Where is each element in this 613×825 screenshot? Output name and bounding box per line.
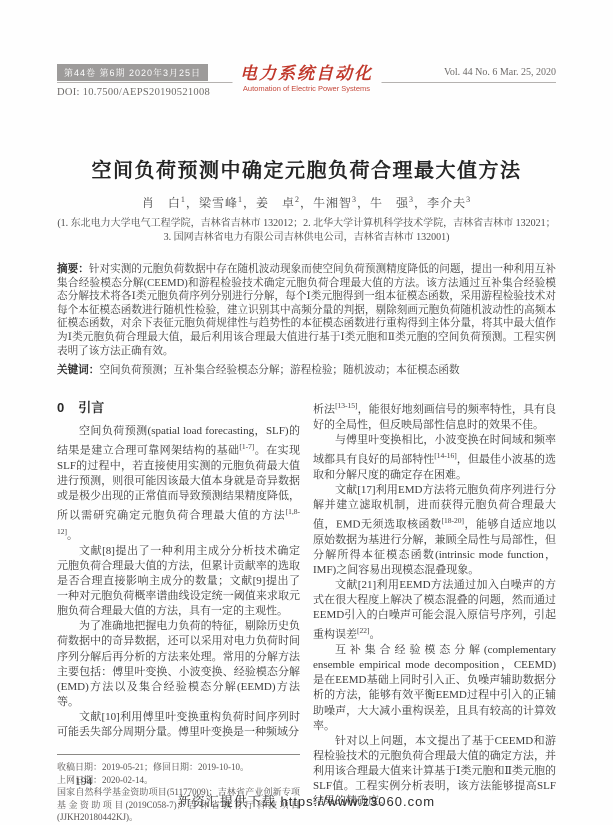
paragraph: 文献[21]利用EEMD方法通过加入白噪声的方式在很大程度上解决了模态混叠的问题… <box>313 578 556 643</box>
volume-info: Vol. 44 No. 6 Mar. 25, 2020 <box>444 67 556 78</box>
right-column-text: 析法[13-15]，能很好地刻画信号的频率特性，具有良好的全局性，但反映局部性信… <box>313 398 556 809</box>
paragraph: 析法[13-15]，能很好地刻画信号的频率特性，具有良好的全局性，但反映局部性信… <box>313 398 556 433</box>
author: 牛 强3， <box>370 196 427 210</box>
text-line: 上网日期：2020-02-14。 <box>57 774 300 787</box>
paragraph: 文献[10]利用傅里叶变换重构负荷时间序列时可能丢失部分周期分量。傅里叶变换是一… <box>57 710 300 740</box>
footnote: 收稿日期：2019-05-21；修回日期：2019-10-10。上网日期：202… <box>57 754 300 824</box>
left-column: 0引言 空间负荷预测(spatial load forecasting，SLF)… <box>57 398 300 823</box>
body-columns: 0引言 空间负荷预测(spatial load forecasting，SLF)… <box>57 398 556 823</box>
paragraph: 为了准确地把握电力负荷的特征，剔除历史负荷数据中的奇异数据，还可以采用对电力负荷… <box>57 619 300 710</box>
paragraph: 互补集合经验模态分解(complementary ensemble empiri… <box>313 643 556 734</box>
paper-title: 空间负荷预测中确定元胞负荷合理最大值方法 <box>57 154 556 183</box>
affiliations: (1. 东北电力大学电气工程学院，吉林省吉林市 132012；2. 北华大学计算… <box>57 217 556 245</box>
abstract: 摘要：针对实测的元胞负荷数据中存在随机波动现象而使空间负荷预测精度降低的问题，提… <box>57 263 556 358</box>
author: 梁雪峰1， <box>199 196 256 210</box>
paragraph: 文献[8]提出了一种利用主成分分析技术确定元胞负荷合理最大值的方法，但累计贡献率… <box>57 544 300 619</box>
text-line: (1. 东北电力大学电气工程学院，吉林省吉林市 132012；2. 北华大学计算… <box>57 217 556 231</box>
author: 肖 白1， <box>142 196 199 210</box>
abstract-text: 针对实测的元胞负荷数据中存在随机波动现象而使空间负荷预测精度降低的问题，提出一种… <box>57 264 556 357</box>
page-number: 194 <box>75 776 92 788</box>
journal-logo: 电力系统自动化 <box>232 59 381 84</box>
author-line: 肖 白1，梁雪峰1，姜 卓2，牛湘智3，牛 强3，李介夫3 <box>57 194 556 211</box>
keywords: 关键词：空间负荷预测；互补集合经验模态分解；游程检验；随机波动；本征模态函数 <box>57 363 556 378</box>
issue-badge: 第44卷 第6期 2020年3月25日 <box>57 64 208 81</box>
text-line: 收稿日期：2019-05-21；修回日期：2019-10-10。 <box>57 761 300 774</box>
keywords-text: 空间负荷预测；互补集合经验模态分解；游程检验；随机波动；本征模态函数 <box>99 365 459 376</box>
section-title: 引言 <box>78 400 104 415</box>
author: 姜 卓2， <box>256 196 313 210</box>
journal-header: 第44卷 第6期 2020年3月25日 DOI: 10.7500/AEPS201… <box>57 62 556 104</box>
paragraph: 空间负荷预测(spatial load forecasting，SLF)的结果是… <box>57 424 300 544</box>
watermark: 新资汇提供下载 https://www.z3060.com <box>0 791 613 810</box>
text-line: 3. 国网吉林省电力有限公司吉林供电公司，吉林省吉林市 132001) <box>57 231 556 245</box>
section-number: 0 <box>57 400 64 415</box>
left-column-text: 空间负荷预测(spatial load forecasting，SLF)的结果是… <box>57 424 300 740</box>
author: 牛湘智3， <box>313 196 370 210</box>
paragraph: 文献[17]利用EMD方法将元胞负荷序列进行分解并建立滤取机制，进而获得元胞负荷… <box>313 483 556 578</box>
journal-name-en: Automation of Electric Power Systems <box>243 84 370 93</box>
paragraph: 与傅里叶变换相比，小波变换在时间域和频率域都具有良好的局部特性[14-16]，但… <box>313 433 556 483</box>
right-column: 析法[13-15]，能很好地刻画信号的频率特性，具有良好的全局性，但反映局部性信… <box>313 398 556 809</box>
section-heading: 0引言 <box>57 400 300 415</box>
paper-page: 第44卷 第6期 2020年3月25日 DOI: 10.7500/AEPS201… <box>0 0 613 825</box>
keywords-label: 关键词： <box>57 364 99 376</box>
doi: DOI: 10.7500/AEPS20190521008 <box>57 87 210 98</box>
abstract-label: 摘要： <box>57 263 89 275</box>
author: 李介夫3 <box>427 196 471 210</box>
